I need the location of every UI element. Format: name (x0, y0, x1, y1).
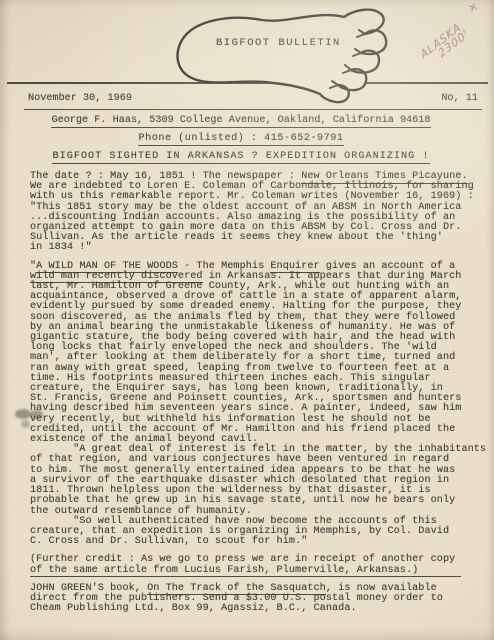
ink-smudge (15, 409, 31, 419)
paragraph: The date ? : May 16, 1851 ! The newspape… (30, 172, 486, 254)
phone-text: Phone (unlisted) : 415-652-9791 (138, 133, 343, 146)
body-line: Cheam Publishing Ltd., Box 99, Agassiz, … (30, 604, 486, 614)
body-line: in 1834 !" (30, 243, 486, 253)
text-segment: in 1834 !" (30, 242, 92, 253)
body-text: The date ? : May 16, 1851 ! The newspape… (30, 172, 486, 622)
text-segment: Cheam Publishing Ltd., Box 99, Agassiz, … (30, 603, 357, 614)
body-line: Sullivan. As the article reads it seems … (30, 233, 486, 243)
issue-number: No, 11 (441, 93, 478, 104)
handwritten-annotation: ALASKA 2300' (419, 3, 493, 69)
headline-text: BIGFOOT SIGHTED IN ARKANSAS ? EXPEDITION… (52, 151, 429, 164)
phone-line: Phone (unlisted) : 415-652-9791 (0, 133, 482, 144)
body-line: C. Cross and Dr. Sullivan, to scout for … (30, 537, 486, 547)
body-line: of the same article from Lucius Farish, … (30, 566, 486, 576)
ink-smudge (30, 410, 43, 419)
address-line: George F. Haas, 5309 College Avenue, Oak… (0, 115, 482, 126)
ink-smudge (21, 420, 30, 428)
masthead-title: BIGFOOT BULLETIN (216, 37, 341, 49)
text-segment: C. Cross and Dr. Sullivan, to scout for … (30, 536, 307, 547)
headline: BIGFOOT SIGHTED IN ARKANSAS ? EXPEDITION… (0, 151, 482, 162)
address-text: George F. Haas, 5309 College Avenue, Oak… (51, 115, 430, 128)
issue-date: November 30, 1969 (28, 93, 132, 104)
footprint-logo (166, 8, 406, 104)
masthead-bottom-rule (24, 109, 482, 111)
text-segment: (Further credit : As we go to press we a… (30, 554, 455, 565)
body-line: (Further credit : As we go to press we a… (30, 555, 486, 565)
underlined-text: of the same article from Lucius Farish, … (30, 565, 461, 578)
paragraph: (Further credit : As we go to press we a… (30, 555, 486, 575)
paragraph: JOHN GREEN'S book, On The Track of the S… (30, 584, 486, 615)
newsletter-page: BIGFOOT BULLETIN + ALASKA 2300' November… (0, 0, 494, 640)
paragraph: "A WILD MAN OF THE WOODS - The Memphis E… (30, 262, 486, 548)
